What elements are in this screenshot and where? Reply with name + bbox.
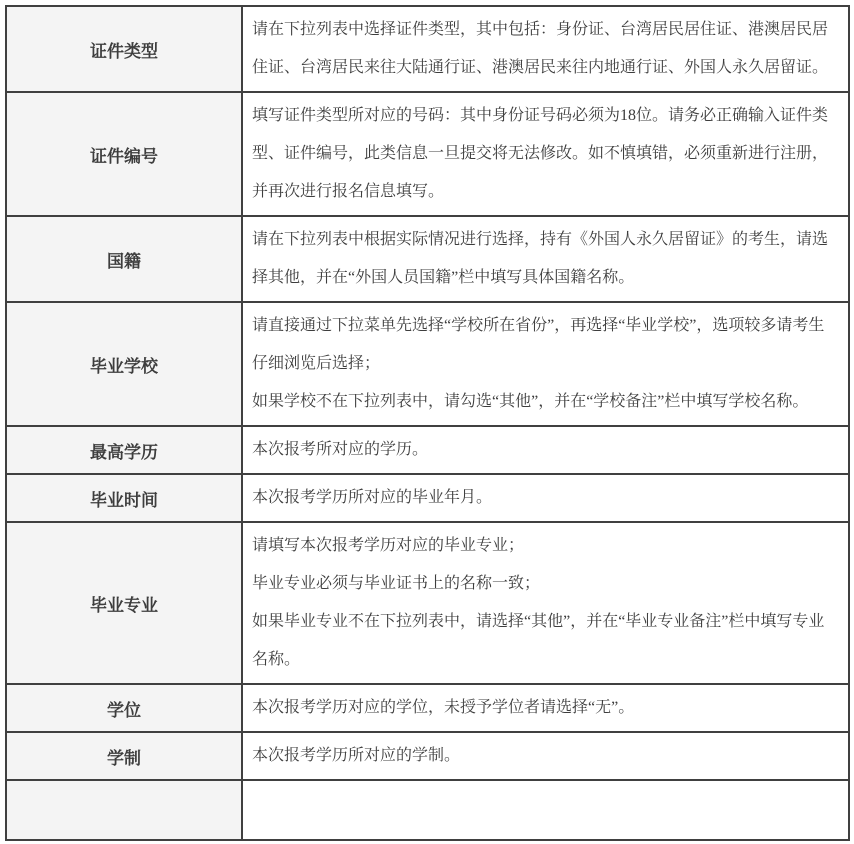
- description-paragraph: 如果毕业专业不在下拉列表中，请选择“其他”，并在“毕业专业备注”栏中填写专业名称…: [252, 603, 832, 679]
- table-row: 国籍请在下拉列表中根据实际情况进行选择，持有《外国人永久居留证》的考生，请选择其…: [6, 216, 849, 302]
- row-description: 请在下拉列表中根据实际情况进行选择，持有《外国人永久居留证》的考生，请选择其他，…: [242, 216, 849, 302]
- registration-field-instruction-table: 证件类型请在下拉列表中选择证件类型，其中包括：身份证、台湾居民居住证、港澳居民居…: [5, 5, 850, 841]
- table-body: 证件类型请在下拉列表中选择证件类型，其中包括：身份证、台湾居民居住证、港澳居民居…: [6, 6, 849, 840]
- table-row: 学制本次报考学历所对应的学制。: [6, 732, 849, 780]
- description-paragraph: 请在下拉列表中选择证件类型，其中包括：身份证、台湾居民居住证、港澳居民居住证、台…: [252, 11, 832, 87]
- row-description: 本次报考学历所对应的毕业年月。: [242, 474, 849, 522]
- row-description: 填写证件类型所对应的号码：其中身份证号码必须为18位。请务必正确输入证件类型、证…: [242, 92, 849, 216]
- description-paragraph: 本次报考学历所对应的学制。: [252, 737, 832, 775]
- table-row: 证件类型请在下拉列表中选择证件类型，其中包括：身份证、台湾居民居住证、港澳居民居…: [6, 6, 849, 92]
- table-row: 证件编号填写证件类型所对应的号码：其中身份证号码必须为18位。请务必正确输入证件…: [6, 92, 849, 216]
- row-label: 毕业学校: [6, 302, 242, 426]
- row-description: 本次报考所对应的学历。: [242, 426, 849, 474]
- description-paragraph: 本次报考学历对应的学位，未授予学位者请选择“无”。: [252, 689, 832, 727]
- row-description: 请直接通过下拉菜单先选择“学校所在省份”，再选择“毕业学校”，选项较多请考生仔细…: [242, 302, 849, 426]
- row-description: 请在下拉列表中选择证件类型，其中包括：身份证、台湾居民居住证、港澳居民居住证、台…: [242, 6, 849, 92]
- row-label: 证件编号: [6, 92, 242, 216]
- row-label: 毕业专业: [6, 522, 242, 684]
- description-paragraph: 如果学校不在下拉列表中，请勾选“其他”，并在“学校备注”栏中填写学校名称。: [252, 383, 832, 421]
- description-paragraph: 本次报考所对应的学历。: [252, 431, 832, 469]
- description-paragraph: 毕业专业必须与毕业证书上的名称一致；: [252, 565, 832, 603]
- description-paragraph: 本次报考学历所对应的毕业年月。: [252, 479, 832, 517]
- row-label: 毕业时间: [6, 474, 242, 522]
- row-description: [242, 780, 849, 840]
- row-label: 学位: [6, 684, 242, 732]
- table-row-partial: [6, 780, 849, 840]
- row-label: 学制: [6, 732, 242, 780]
- table-row: 毕业时间本次报考学历所对应的毕业年月。: [6, 474, 849, 522]
- table-row: 学位本次报考学历对应的学位，未授予学位者请选择“无”。: [6, 684, 849, 732]
- description-paragraph: 请在下拉列表中根据实际情况进行选择，持有《外国人永久居留证》的考生，请选择其他，…: [252, 221, 832, 297]
- row-label: [6, 780, 242, 840]
- row-label: 国籍: [6, 216, 242, 302]
- document-page: 证件类型请在下拉列表中选择证件类型，其中包括：身份证、台湾居民居住证、港澳居民居…: [5, 5, 850, 841]
- description-paragraph: 请直接通过下拉菜单先选择“学校所在省份”，再选择“毕业学校”，选项较多请考生仔细…: [252, 307, 832, 383]
- row-description: 请填写本次报考学历对应的毕业专业；毕业专业必须与毕业证书上的名称一致；如果毕业专…: [242, 522, 849, 684]
- row-label: 最高学历: [6, 426, 242, 474]
- table-row: 毕业专业请填写本次报考学历对应的毕业专业；毕业专业必须与毕业证书上的名称一致；如…: [6, 522, 849, 684]
- table-row: 最高学历本次报考所对应的学历。: [6, 426, 849, 474]
- table-row: 毕业学校请直接通过下拉菜单先选择“学校所在省份”，再选择“毕业学校”，选项较多请…: [6, 302, 849, 426]
- row-description: 本次报考学历所对应的学制。: [242, 732, 849, 780]
- description-paragraph: 请填写本次报考学历对应的毕业专业；: [252, 527, 832, 565]
- description-paragraph: 填写证件类型所对应的号码：其中身份证号码必须为18位。请务必正确输入证件类型、证…: [252, 97, 832, 211]
- row-description: 本次报考学历对应的学位，未授予学位者请选择“无”。: [242, 684, 849, 732]
- row-label: 证件类型: [6, 6, 242, 92]
